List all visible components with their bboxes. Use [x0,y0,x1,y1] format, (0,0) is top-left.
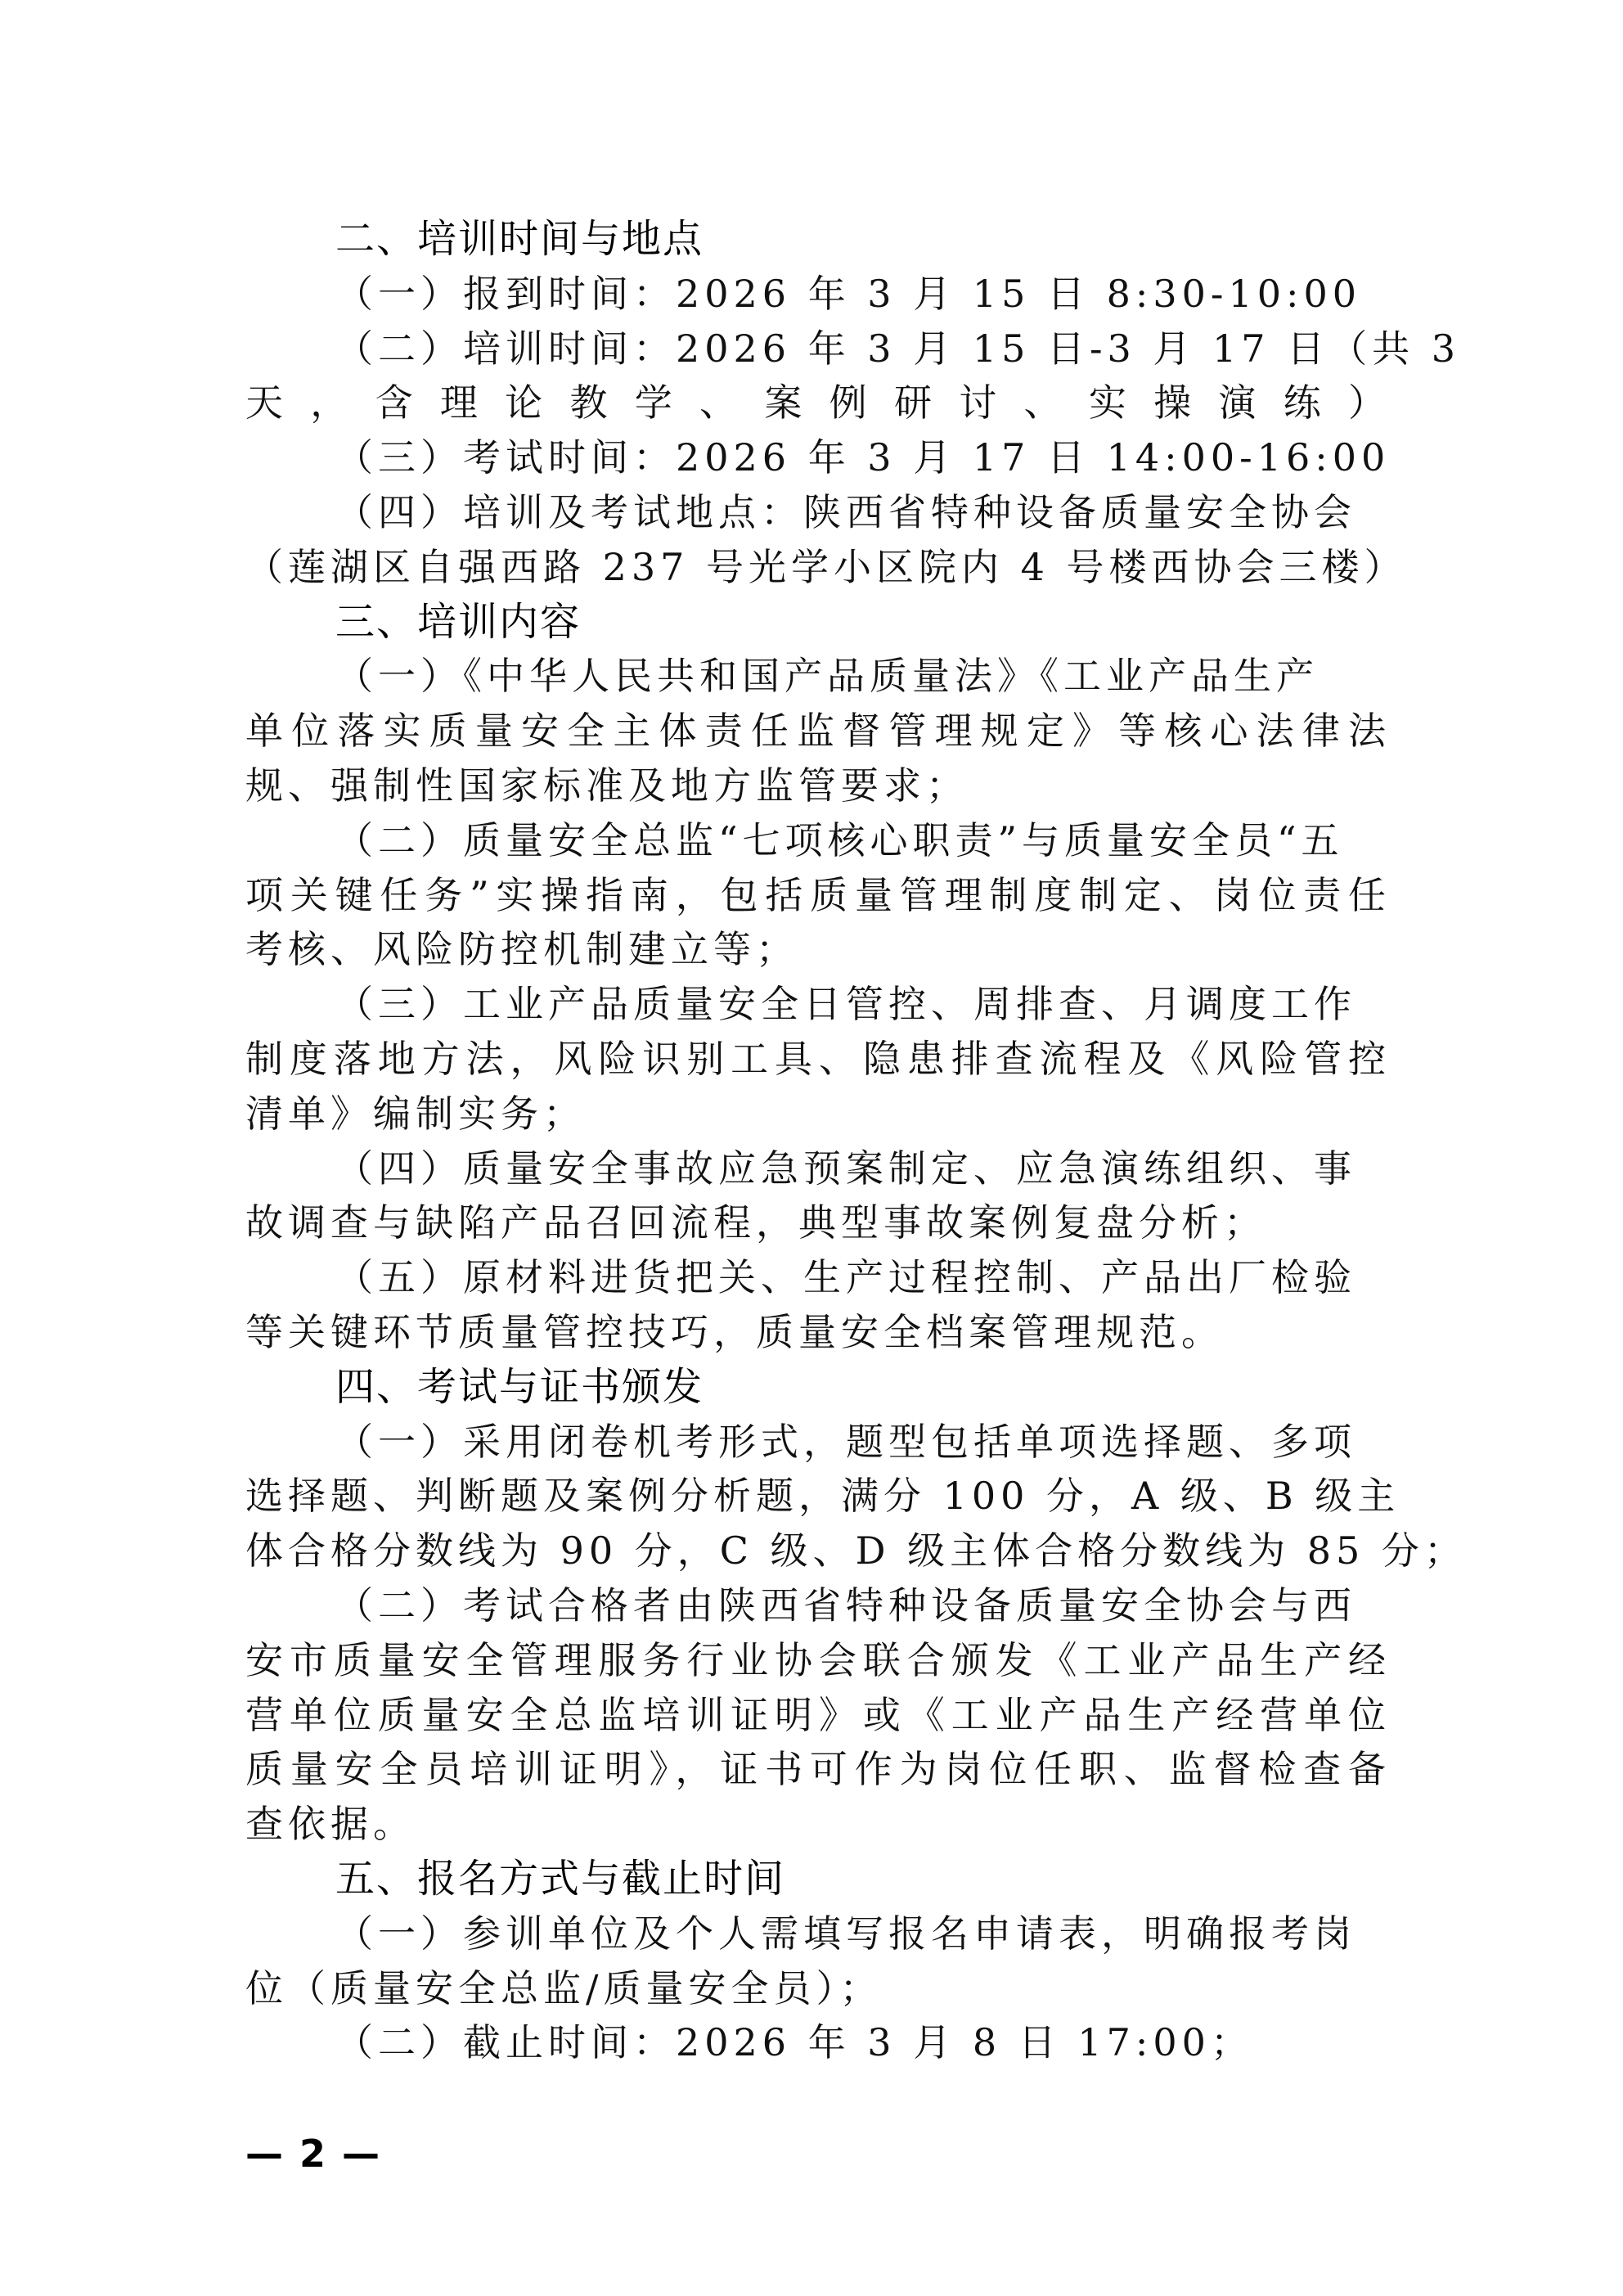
paragraph-line: 营单位质量安全总监培训证明》或《工业产品生产经营单位 [245,1690,1391,1740]
paragraph-last-line: 规、强制性国家标准及地方监管要求； [245,761,1391,810]
paragraph-first-line: （三）工业产品质量安全日管控、周排查、月调度工作 [335,979,1391,1029]
paragraph-line: 安市质量安全管理服务行业协会联合颁发《工业产品生产经 [245,1636,1391,1685]
section-heading: 四、考试与证书颁发 [335,1362,1391,1411]
paragraph-first-line: （二）考试合格者由陕西省特种设备质量安全协会与西 [335,1581,1391,1630]
paragraph-last-line: 查依据。 [245,1799,1391,1848]
paragraph-last-line: 故调查与缺陷产品召回流程，典型事故案例复盘分析； [245,1198,1391,1247]
paragraph-first-line: （四）培训及考试地点：陕西省特种设备质量安全协会 [335,488,1391,537]
paragraph-first-line: （一）参训单位及个人需填写报名申请表，明确报考岗 [335,1909,1391,1958]
paragraph-line: 项关键任务”实操指南，包括质量管理制度制定、岗位责任 [245,871,1391,920]
paragraph-first-line: （一）采用闭卷机考形式，题型包括单项选择题、多项 [335,1417,1391,1466]
section-heading: 二、培训时间与地点 [335,214,1391,263]
paragraph-line: 单位落实质量安全主体责任监督管理规定》等核心法律法 [245,706,1391,755]
paragraph-line: 选择题、判断题及案例分析题，满分 100 分，A 级、B 级主 [245,1471,1391,1520]
paragraph-line: （莲湖区自强西路 237 号光学小区院内 4 号楼西协会三楼） [245,542,1391,592]
paragraph-first-line: （一）《中华人民共和国产品质量法》《工业产品生产 [335,651,1391,700]
paragraph-last-line: 清单》编制实务； [245,1089,1391,1138]
page-number: — 2 — [245,2132,381,2176]
paragraph-first-line: （二）培训时间：2026 年 3 月 15 日-3 月 17 日（共 3 [335,324,1391,373]
section-heading: 五、报名方式与截止时间 [335,1854,1391,1903]
paragraph-first-line: （五）原材料进货把关、生产过程控制、产品出厂检验 [335,1253,1391,1302]
paragraph-line: 天，含理论教学、案例研讨、实操演练） [245,378,1391,427]
paragraph-first-line: （一）报到时间：2026 年 3 月 15 日 8:30-10:00 [335,269,1391,318]
paragraph-last-line: 考核、风险防控机制建立等； [245,925,1391,974]
paragraph-first-line: （三）考试时间：2026 年 3 月 17 日 14:00-16:00 [335,433,1391,482]
paragraph-last-line: 位（质量安全总监/质量安全员）； [245,1964,1391,2013]
paragraph-line: 体合格分数线为 90 分，C 级、D 级主体合格分数线为 85 分； [245,1526,1391,1575]
paragraph-first-line: （二）质量安全总监“七项核心职责”与质量安全员“五 [335,816,1391,865]
paragraph-first-line: （四）质量安全事故应急预案制定、应急演练组织、事 [335,1144,1391,1193]
section-heading: 三、培训内容 [335,597,1391,646]
paragraph-line: 质量安全员培训证明》，证书可作为岗位任职、监督检查备 [245,1745,1391,1794]
paragraph-last-line: 等关键环节质量管控技巧，质量安全档案管理规范。 [245,1308,1391,1357]
document-page: 二、培训时间与地点（一）报到时间：2026 年 3 月 15 日 8:30-10… [0,0,1623,2296]
paragraph-line: 制度落地方法，风险识别工具、隐患排查流程及《风险管控 [245,1034,1391,1083]
paragraph-first-line: （二）截止时间：2026 年 3 月 8 日 17:00； [335,2018,1391,2067]
